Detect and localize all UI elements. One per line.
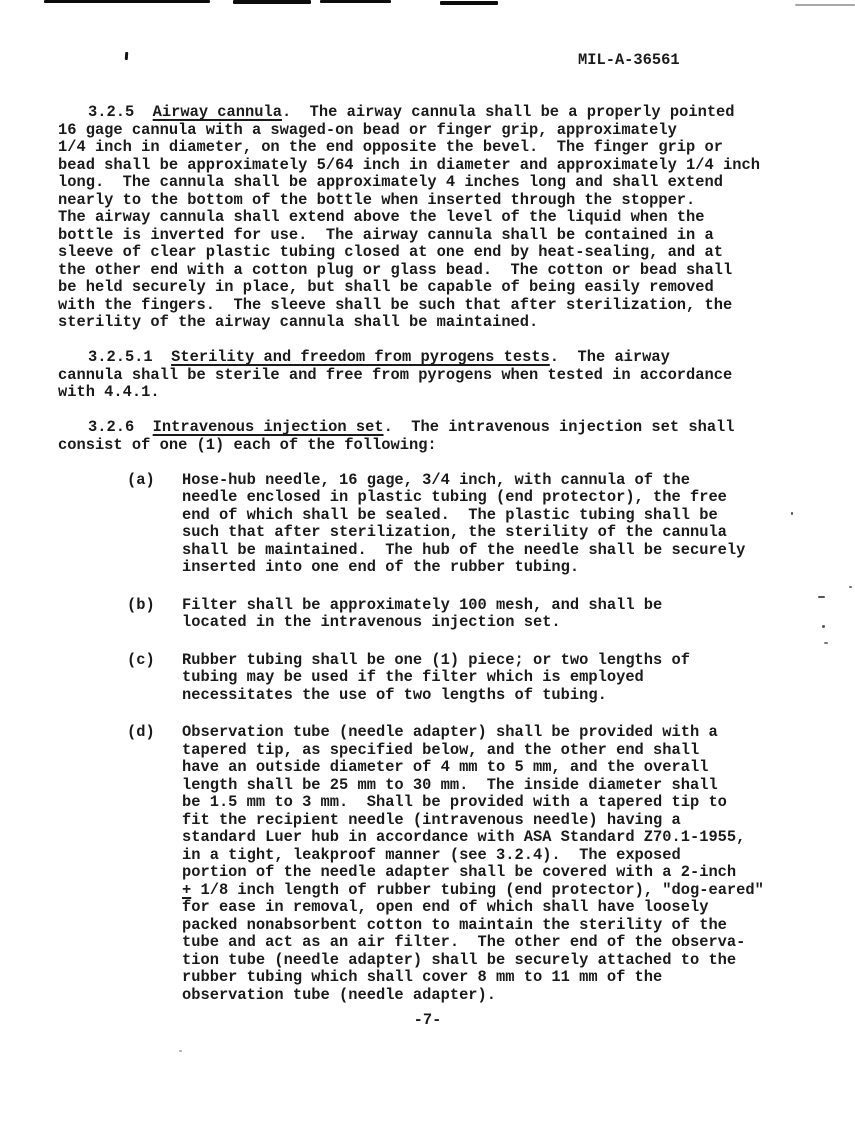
list-item-a: (a)Hose-hub needle, 16 gage, 3/4 inch, w… [58,472,806,577]
list-item-label: (a) [127,472,155,490]
section-3-2-5: 3.2.5 Airway cannula. The airway cannula… [58,104,806,332]
page-number: -7- [0,1012,855,1030]
list-item-text: Filter shall be approximately 100 mesh, … [182,596,662,632]
section-title: Airway cannula [153,103,282,121]
section-title: Sterility and freedom from pyrogens test… [171,348,550,366]
ink-speck [179,1050,182,1052]
scan-streak-artifact [233,0,311,4]
list-item-text: Hose-hub needle, 16 gage, 3/4 inch, with… [182,471,745,577]
doc-number: MIL-A-36561 [578,52,680,70]
scan-streak-artifact [440,1,498,5]
scan-streak-artifact [320,0,391,3]
stray-tick-mark [125,52,129,60]
section-number: 3.2.5.1 [88,348,171,366]
document-page: MIL-A-36561 3.2.5 Airway cannula. The ai… [0,0,855,1136]
ink-speck [818,596,825,598]
section-body: . The airway cannula shall be a properly… [58,103,760,331]
section-3-2-5-1: 3.2.5.1 Sterility and freedom from pyrog… [58,349,806,402]
section-title: Intravenous injection set [153,418,384,436]
plus-minus-sign: + [182,881,191,899]
scan-streak-artifact [795,4,855,6]
section-number: 3.2.5 [88,103,153,121]
list-item-label: (c) [127,652,155,670]
section-3-2-6: 3.2.6 Intravenous injection set. The int… [58,419,806,454]
list-item-b: (b)Filter shall be approximately 100 mes… [58,597,806,632]
list-item-text: Observation tube (needle adapter) shall … [182,723,745,881]
section-number: 3.2.6 [88,418,153,436]
list-item-c: (c)Rubber tubing shall be one (1) piece;… [58,652,806,705]
intravenous-set-list: (a)Hose-hub needle, 16 gage, 3/4 inch, w… [58,472,806,1005]
list-item-text: Rubber tubing shall be one (1) piece; or… [182,651,690,704]
list-item-text: 1/8 inch length of rubber tubing (end pr… [182,881,764,1004]
ink-speck [822,625,825,628]
document-body: 3.2.5 Airway cannula. The airway cannula… [58,104,806,1004]
scan-streak-artifact [44,0,210,3]
list-item-label: (d) [127,724,155,742]
ink-speck [849,586,852,588]
list-item-label: (b) [127,597,155,615]
list-item-d: (d)Observation tube (needle adapter) sha… [58,724,806,1004]
ink-speck [824,642,828,644]
